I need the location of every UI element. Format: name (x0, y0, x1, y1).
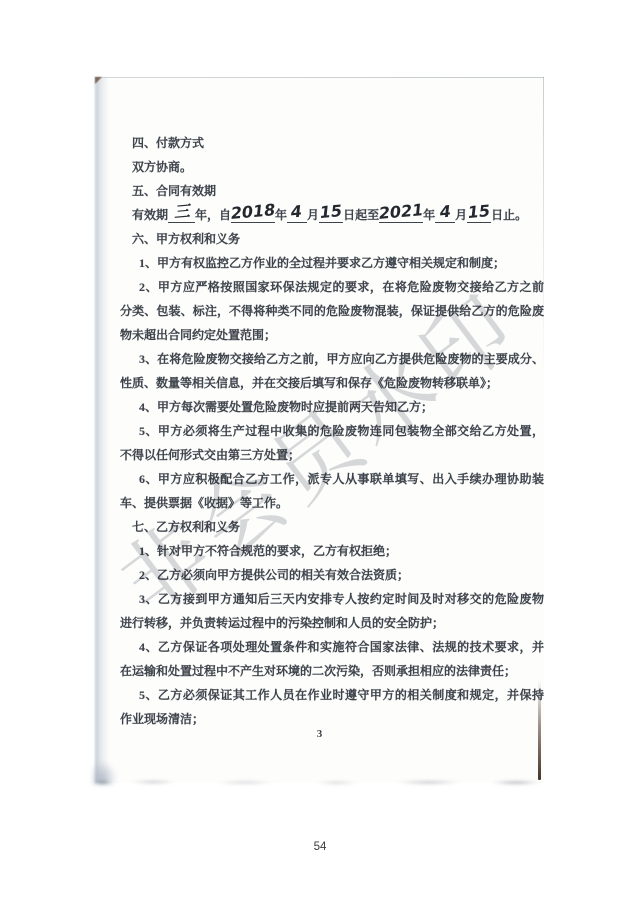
contract-page-number: 3 (95, 728, 544, 740)
handwritten-start-day: 15 (319, 204, 342, 220)
doc-line: 在运输和处置过程中不产生对环境的二次污染，否则承担相应的法律责任； (120, 659, 544, 683)
doc-line: 3、在将危险废物交接给乙方之前，甲方应向乙方提供危险废物的主要成分、 (120, 347, 544, 371)
doc-line: 不得以任何形式交由第三方处置； (120, 443, 544, 467)
doc-line: 1、甲方有权监控乙方作业的全过程并要求乙方遵守相关规定和制度； (120, 251, 544, 275)
blank-end-year: 2021 (379, 207, 423, 223)
contract-body: 四、付款方式 双方协商。 五、合同有效期 有效期三年，自2018年4月15日起至… (120, 131, 544, 731)
validity-text: 月 (307, 208, 319, 222)
doc-line: 1、针对甲方不符合规范的要求，乙方有权拒绝； (120, 539, 544, 563)
doc-line: 4、乙方保证各项处理处置条件和实施符合国家法律、法规的技术要求，并 (120, 635, 544, 659)
validity-text: 年 (423, 208, 435, 222)
blank-end-month: 4 (435, 207, 455, 223)
validity-line: 有效期三年，自2018年4月15日起至2021年4月15日止。 (120, 203, 544, 227)
blank-start-month: 4 (287, 207, 307, 223)
doc-line: 物未超出合同约定处置范围； (120, 323, 544, 347)
section-heading: 七、乙方权利和义务 (120, 515, 544, 539)
doc-line: 性质、数量等相关信息，并在交接后填写和保存《危险废物转移联单》； (120, 371, 544, 395)
page-top-edge (95, 77, 544, 78)
validity-suffix: 日止。 (491, 208, 527, 222)
page-bottom-edge-shadow (89, 776, 548, 787)
doc-line: 分类、包装、标注，不得将种类不同的危险废物混装，保证提供给乙方的危险废 (120, 299, 544, 323)
doc-line: 4、甲方每次需要处置危险废物时应提前两天告知乙方； (120, 395, 544, 419)
handwritten-end-day: 15 (467, 204, 490, 220)
doc-line: 5、甲方必须将生产过程中收集的危险废物连同包装物全部交给乙方处置， (120, 419, 544, 443)
validity-prefix: 有效期 (132, 208, 168, 222)
validity-text: 年，自 (195, 208, 231, 222)
doc-line: 2、乙方必须向甲方提供公司的相关有效合法资质； (120, 563, 544, 587)
scanned-contract-page: 四、付款方式 双方协商。 五、合同有效期 有效期三年，自2018年4月15日起至… (95, 77, 544, 783)
blank-validity-years: 三 (168, 207, 195, 223)
doc-line: 5、乙方必须保证其工作人员在作业时遵守甲方的相关制度和规定，并保持 (120, 683, 544, 707)
blank-end-day: 15 (467, 207, 491, 223)
doc-line: 双方协商。 (120, 155, 544, 179)
validity-text: 年 (275, 208, 287, 222)
section-heading: 四、付款方式 (120, 131, 544, 155)
blank-start-day: 15 (319, 207, 343, 223)
handwritten-end-month: 4 (439, 205, 451, 220)
section-heading: 五、合同有效期 (120, 179, 544, 203)
doc-line: 2、甲方应严格按照国家环保法规定的要求，在将危险废物交接给乙方之前 (120, 275, 544, 299)
doc-line: 车、提供票据《收据》等工作。 (120, 491, 544, 515)
handwritten-start-month: 4 (291, 205, 303, 220)
doc-line: 进行转移，并负责转运过程中的污染控制和人员的安全防护； (120, 611, 544, 635)
handwritten-start-year: 2018 (230, 203, 276, 221)
handwritten-years: 三 (173, 204, 190, 219)
page-corner-fold (95, 77, 102, 84)
validity-text: 月 (455, 208, 467, 222)
page-left-edge-shadow (95, 77, 109, 783)
viewer-page-number: 54 (0, 841, 640, 853)
document-viewer-canvas: 四、付款方式 双方协商。 五、合同有效期 有效期三年，自2018年4月15日起至… (0, 0, 640, 905)
handwritten-end-year: 2021 (378, 203, 424, 221)
section-heading: 六、甲方权利和义务 (120, 227, 544, 251)
blank-start-year: 2018 (231, 207, 275, 223)
doc-line: 3、乙方接到甲方通知后三天内安排专人按约定时间及时对移交的危险废物 (120, 587, 544, 611)
validity-text: 日起至 (343, 208, 379, 222)
doc-line: 6、甲方应积极配合乙方工作，派专人从事联单填写、出入手续办理协助装 (120, 467, 544, 491)
